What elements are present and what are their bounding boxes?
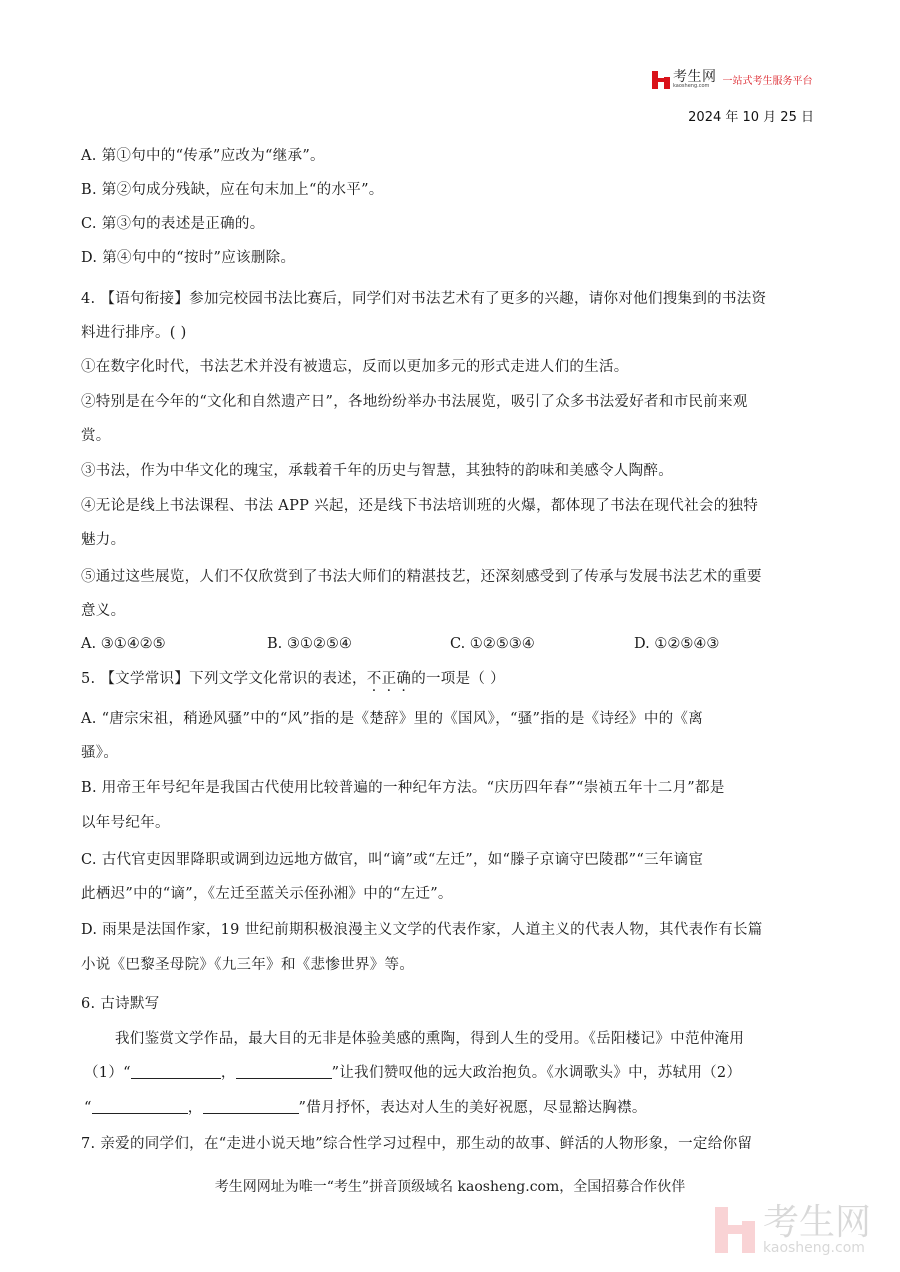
q6-blank-line-2: “，”借月抒怀，表达对人生的美好祝愿，尽显豁达胸襟。 [84,1096,647,1117]
q4-sentence-5-line1: ⑤通过这些展览，人们不仅欣赏到了书法大师们的精湛技艺，还深刻感受到了传承与发展书… [81,565,762,586]
logo-slogan: 一站式考生服务平台 [723,72,813,87]
watermark-domain: kaosheng.com [763,1241,871,1255]
q5-option-d-line1: D. 雨果是法国作家，19 世纪前期积极浪漫主义文学的代表作家，人道主义的代表人… [81,918,763,939]
q4-sentence-5-line2: 意义。 [81,599,125,620]
q4-sentence-2-line2: 赏。 [81,424,111,445]
open-quote: “ [84,1100,92,1116]
q5-option-b-line2: 以年号纪年。 [81,811,170,832]
q4-option-b: B. ③①②⑤④ [267,636,352,652]
q6-paragraph-line1: 我们鉴赏文学作品，最大目的无非是体验美感的熏陶，得到人生的受用。《岳阳楼记》中范… [115,1027,744,1048]
q5-option-a-line2: 骚》。 [81,741,118,762]
q4-sentence-2-line1: ②特别是在今年的“文化和自然遗产日”，各地纷纷举办书法展览，吸引了众多书法爱好者… [81,390,748,411]
q4-option-d: D. ①②⑤④③ [634,636,719,652]
document-date: 2024 年 10 月 25 日 [688,106,814,125]
q5-option-b-line1: B. 用帝王年号纪年是我国古代使用比较普遍的一种纪年方法。“庆历四年春”“崇祯五… [81,776,725,797]
logo-name: 考生网 [673,70,717,84]
comma: ， [221,1065,236,1081]
emphasis-char: 不 [367,671,382,687]
blank-line-1-suffix: ”让我们赞叹他的远大政治抱负。《水调歌头》中，苏轼用（2） [332,1065,742,1081]
q4-option-c: C. ①②⑤③④ [450,636,535,652]
q6-title: 6. 古诗默写 [81,992,160,1013]
comma: ， [188,1100,203,1116]
q4-sentence-4-line1: ④无论是线上书法课程、书法 APP 兴起，还是线下书法培训班的火爆，都体现了书法… [81,494,758,515]
q3-option-a: A. 第①句中的“传承”应改为“继承”。 [81,144,325,165]
answer-blank[interactable] [236,1064,332,1079]
watermark-name: 考生网 [763,1205,871,1241]
q6-blank-line-1: （1）“，”让我们赞叹他的远大政治抱负。《水调歌头》中，苏轼用（2） [84,1061,741,1082]
q4-sentence-1: ①在数字化时代，书法艺术并没有被遗忘，反而以更加多元的形式走进人们的生活。 [81,355,629,376]
kaosheng-logo-icon [652,71,670,89]
answer-blank[interactable] [203,1099,299,1114]
q4-stem-line1: 4. 【语句衔接】参加完校园书法比赛后，同学们对书法艺术有了更多的兴趣，请你对他… [81,287,766,308]
q3-option-b: B. 第②句成分残缺，应在句末加上“的水平”。 [81,178,384,199]
blank-line-2-suffix: ”借月抒怀，表达对人生的美好祝愿，尽显豁达胸襟。 [299,1100,647,1116]
q5-stem: 5. 【文学常识】下列文学文化常识的表述，不正确的一项是（ ） [81,667,505,688]
answer-blank[interactable] [131,1064,221,1079]
q4-option-a: A. ③①④②⑤ [81,636,166,652]
q4-stem-line2: 料进行排序。( ) [81,321,187,342]
footer-text: 考生网网址为唯一“考生”拼音顶级域名 kaosheng.com，全国招募合作伙伴 [0,1176,900,1196]
q5-option-a-line1: A. “唐宗宋祖，稍逊风骚”中的“风”指的是《楚辞》里的《国风》，“骚”指的是《… [81,707,703,728]
q3-option-d: D. 第④句中的“按时”应该删除。 [81,246,295,267]
q5-stem-suffix: 的一项是（ ） [411,671,505,687]
blank-label-1: （1）“ [84,1065,131,1081]
q7-stem-line1: 7. 亲爱的同学们，在“走进小说天地”综合性学习过程中，那生动的故事、鲜活的人物… [81,1132,752,1153]
q4-sentence-3: ③书法，作为中华文化的瑰宝，承载着千年的历史与智慧，其独特的韵味和美感令人陶醉。 [81,459,673,480]
q3-option-c: C. 第③句的表述是正确的。 [81,212,265,233]
q5-option-c-line2: 此栖迟”中的“谪”，《左迁至蓝关示侄孙湘》中的“左迁”。 [81,882,453,903]
emphasis-char: 确 [396,671,411,687]
emphasis-char: 正 [382,671,397,687]
header-logo: 考生网 kaosheng.com 一站式考生服务平台 [652,70,813,89]
q5-option-c-line1: C. 古代官吏因罪降职或调到边远地方做官，叫“谪”或“左迁”，如“滕子京谪守巴陵… [81,848,703,869]
answer-blank[interactable] [92,1099,188,1114]
q4-sentence-4-line2: 魅力。 [81,528,125,549]
q5-stem-prefix: 5. 【文学常识】下列文学文化常识的表述， [81,671,367,687]
logo-domain: kaosheng.com [673,84,717,89]
q5-option-d-line2: 小说《巴黎圣母院》《九三年》和《悲惨世界》等。 [81,953,414,974]
watermark: 考生网 kaosheng.com [715,1205,871,1255]
watermark-logo-icon [715,1207,755,1253]
